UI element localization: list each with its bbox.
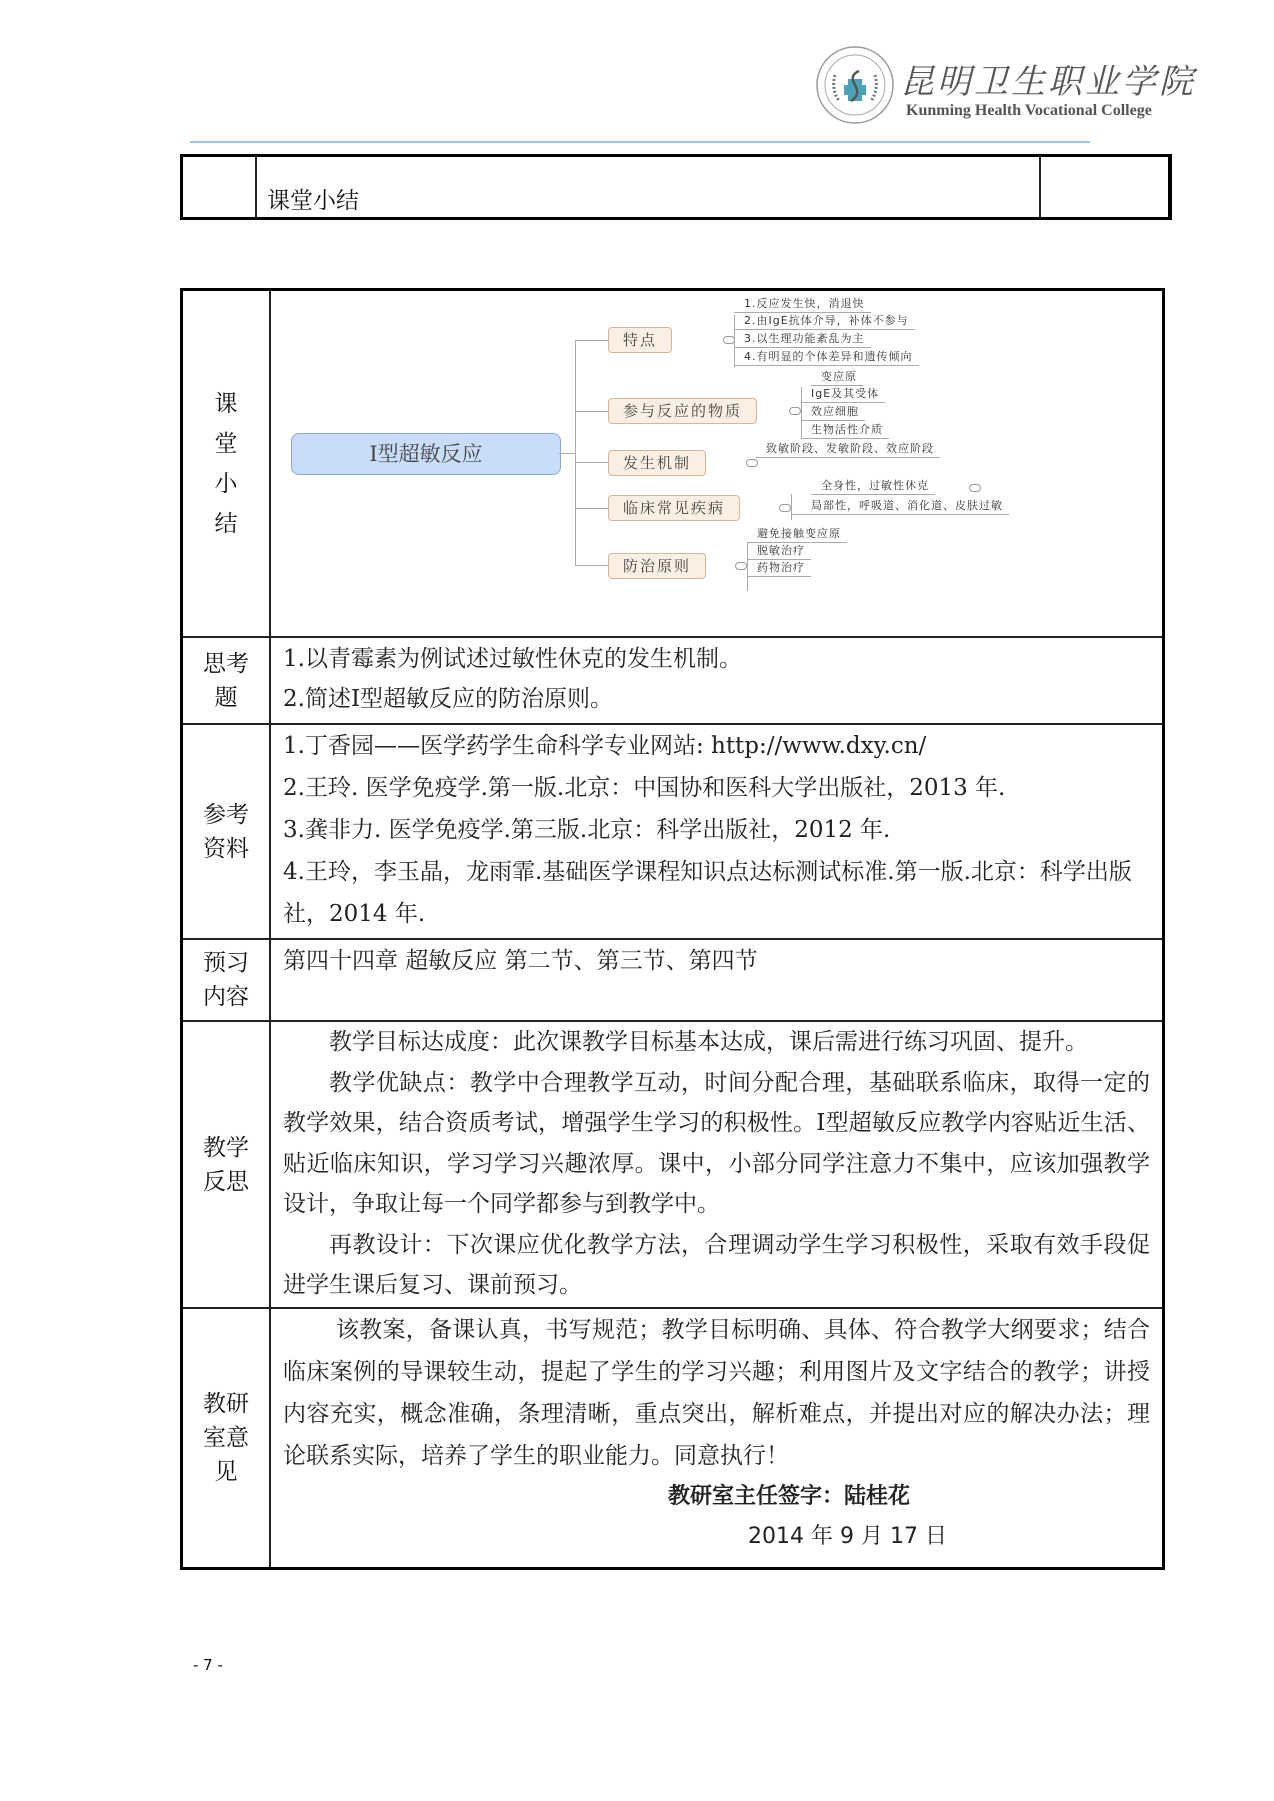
label-line: 见 xyxy=(203,1455,249,1489)
questions-content: 1.以青霉素为例试述过敏性休克的发生机制。 2.简述Ⅰ型超敏反应的防治原则。 xyxy=(271,638,1162,723)
connector xyxy=(575,508,608,509)
label-line: 资料 xyxy=(203,832,249,866)
label-char: 结 xyxy=(215,504,238,544)
top-table-label-cell xyxy=(183,157,257,217)
mindmap: I型超敏反应 特点 1.反应发生快，消退快 2.由IgE抗体介导，补体不参与 3… xyxy=(271,291,1162,636)
header-divider xyxy=(190,141,1090,143)
college-name-cn: 昆明卫生职业学院 xyxy=(900,54,1196,103)
mindmap-root-node: I型超敏反应 xyxy=(291,433,561,475)
mindmap-leaf: 避免接触变应原 xyxy=(747,525,847,543)
lesson-table: 课 堂 小 结 I型超敏反应 特点 1.反应发生快，消退 xyxy=(180,288,1165,1570)
mindmap-leaf: 1.反应发生快，消退快 xyxy=(734,295,871,313)
connector xyxy=(575,411,608,412)
label-char: 小 xyxy=(215,464,238,504)
row-references: 参考 资料 1.丁香园——医学药学生命科学专业网站: http://www.dx… xyxy=(183,725,1162,940)
preview-content: 第四十四章 超敏反应 第二节、第三节、第四节 xyxy=(271,940,1162,1020)
reference-item: 3.龚非力. 医学免疫学.第三版.北京：科学出版社，2012 年. xyxy=(283,809,1150,851)
collapse-icon xyxy=(779,504,791,512)
row-department-opinion: 教研 室意 见 该教案，备课认真，书写规范；教学目标明确、具体、符合教学大纲要求… xyxy=(183,1309,1162,1567)
page-header: 昆明卫生职业学院 Kunming Health Vocational Colle… xyxy=(0,0,1274,150)
row-preview: 预习 内容 第四十四章 超敏反应 第二节、第三节、第四节 xyxy=(183,940,1162,1022)
college-seal-icon xyxy=(815,45,895,125)
label-line: 反思 xyxy=(203,1165,249,1199)
row-questions: 思考 题 1.以青霉素为例试述过敏性休克的发生机制。 2.简述Ⅰ型超敏反应的防治… xyxy=(183,638,1162,725)
label-char: 堂 xyxy=(215,424,238,464)
connector xyxy=(575,462,608,463)
row-class-summary: 课 堂 小 结 I型超敏反应 特点 1.反应发生快，消退 xyxy=(183,291,1162,638)
reflection-paragraph: 教学目标达成度：此次课教学目标基本达成，课后需进行练习巩固、提升。 xyxy=(283,1022,1150,1063)
mindmap-branch-substances: 参与反应的物质 xyxy=(608,398,757,424)
label-line: 参考 xyxy=(203,798,249,832)
mindmap-branch-clinical-diseases: 临床常见疾病 xyxy=(608,495,740,521)
reflection-paragraph: 再教设计：下次课应优化教学方法，合理调动学生学习积极性，采取有效手段促进学生课后… xyxy=(283,1225,1150,1306)
reflection-paragraph: 教学优缺点：教学中合理教学互动，时间分配合理，基础联系临床，取得一定的教学效果，… xyxy=(283,1063,1150,1225)
label-line: 内容 xyxy=(203,980,249,1014)
label-char: 课 xyxy=(215,384,238,424)
label-line: 教研 xyxy=(203,1387,249,1421)
signature: 教研室主任签字：陆桂花 xyxy=(283,1477,1150,1517)
preview-text: 第四十四章 超敏反应 第二节、第三节、第四节 xyxy=(283,940,1150,982)
top-table: 课堂小结 xyxy=(180,154,1172,220)
signature-date: 2014 年 9 月 17 日 xyxy=(283,1517,1150,1557)
label-line: 教学 xyxy=(203,1131,249,1165)
connector-trunk xyxy=(575,340,576,565)
label-line: 思考 xyxy=(203,647,249,681)
mindmap-leaf: 4.有明显的个体差异和遗传倾向 xyxy=(734,348,919,366)
top-table-content-cell: 课堂小结 xyxy=(257,157,1041,217)
mindmap-branch-features: 特点 xyxy=(608,327,672,353)
references-content: 1.丁香园——医学药学生命科学专业网站: http://www.dxy.cn/ … xyxy=(271,725,1162,938)
reference-item: 4.王玲，李玉晶，龙雨霏.基础医学课程知识点达标测试标准.第一版.北京：科学出版… xyxy=(283,851,1150,935)
row-reflection: 教学 反思 教学目标达成度：此次课教学目标基本达成，课后需进行练习巩固、提升。 … xyxy=(183,1022,1162,1309)
page-number: - 7 - xyxy=(193,1656,223,1674)
label-line: 室意 xyxy=(203,1421,249,1455)
connector xyxy=(559,453,575,454)
mindmap-branch-prevention: 防治原则 xyxy=(608,553,706,579)
row-label: 教研 室意 见 xyxy=(183,1309,271,1567)
reflection-content: 教学目标达成度：此次课教学目标基本达成，课后需进行练习巩固、提升。 教学优缺点：… xyxy=(271,1022,1162,1307)
row-label: 课 堂 小 结 xyxy=(183,291,271,636)
question-item: 1.以青霉素为例试述过敏性休克的发生机制。 xyxy=(283,639,1150,679)
connector xyxy=(575,340,608,341)
mindmap-leaf: IgE及其受体 xyxy=(801,385,885,403)
opinion-content: 该教案，备课认真，书写规范；教学目标明确、具体、符合教学大纲要求；结合临床案例的… xyxy=(271,1309,1162,1567)
mindmap-leaf: 3.以生理功能紊乱为主 xyxy=(734,330,871,348)
collapse-icon xyxy=(789,407,801,415)
mindmap-leaf: 药物治疗 xyxy=(747,559,811,577)
reference-item: 2.王玲. 医学免疫学.第一版.北京：中国协和医科大学出版社，2013 年. xyxy=(283,767,1150,809)
mindmap-branch-mechanism: 发生机制 xyxy=(608,450,706,476)
top-table-content: 课堂小结 xyxy=(267,182,359,215)
connector xyxy=(575,565,608,566)
opinion-text: 该教案，备课认真，书写规范；教学目标明确、具体、符合教学大纲要求；结合临床案例的… xyxy=(283,1309,1150,1477)
collapse-icon xyxy=(746,459,758,467)
mindmap-leaf: 生物活性介质 xyxy=(801,421,889,439)
mindmap-leaf: 全身性，过敏性休克 xyxy=(811,477,935,495)
mindmap-leaf: 脱敏治疗 xyxy=(747,542,811,560)
mindmap-leaf: 致敏阶段、发敏阶段、效应阶段 xyxy=(756,440,940,458)
label-line: 题 xyxy=(203,681,249,715)
mindmap-leaf: 局部性，呼吸道、消化道、皮肤过敏 xyxy=(791,497,1009,515)
label-line: 预习 xyxy=(203,946,249,980)
mindmap-leaf: 变应原 xyxy=(811,368,863,386)
mindmap-leaf: 效应细胞 xyxy=(801,403,865,421)
row-label: 参考 资料 xyxy=(183,725,271,938)
question-item: 2.简述Ⅰ型超敏反应的防治原则。 xyxy=(283,679,1150,719)
collapse-icon xyxy=(735,562,747,570)
row-label: 预习 内容 xyxy=(183,940,271,1020)
college-name-en: Kunming Health Vocational College xyxy=(906,102,1152,120)
expand-icon xyxy=(969,484,981,492)
mindmap-cell: I型超敏反应 特点 1.反应发生快，消退快 2.由IgE抗体介导，补体不参与 3… xyxy=(271,291,1162,636)
row-label: 教学 反思 xyxy=(183,1022,271,1307)
row-label: 思考 题 xyxy=(183,638,271,723)
reference-item[interactable]: 1.丁香园——医学药学生命科学专业网站: http://www.dxy.cn/ xyxy=(283,725,1150,767)
mindmap-leaf: 2.由IgE抗体介导，补体不参与 xyxy=(734,312,915,330)
